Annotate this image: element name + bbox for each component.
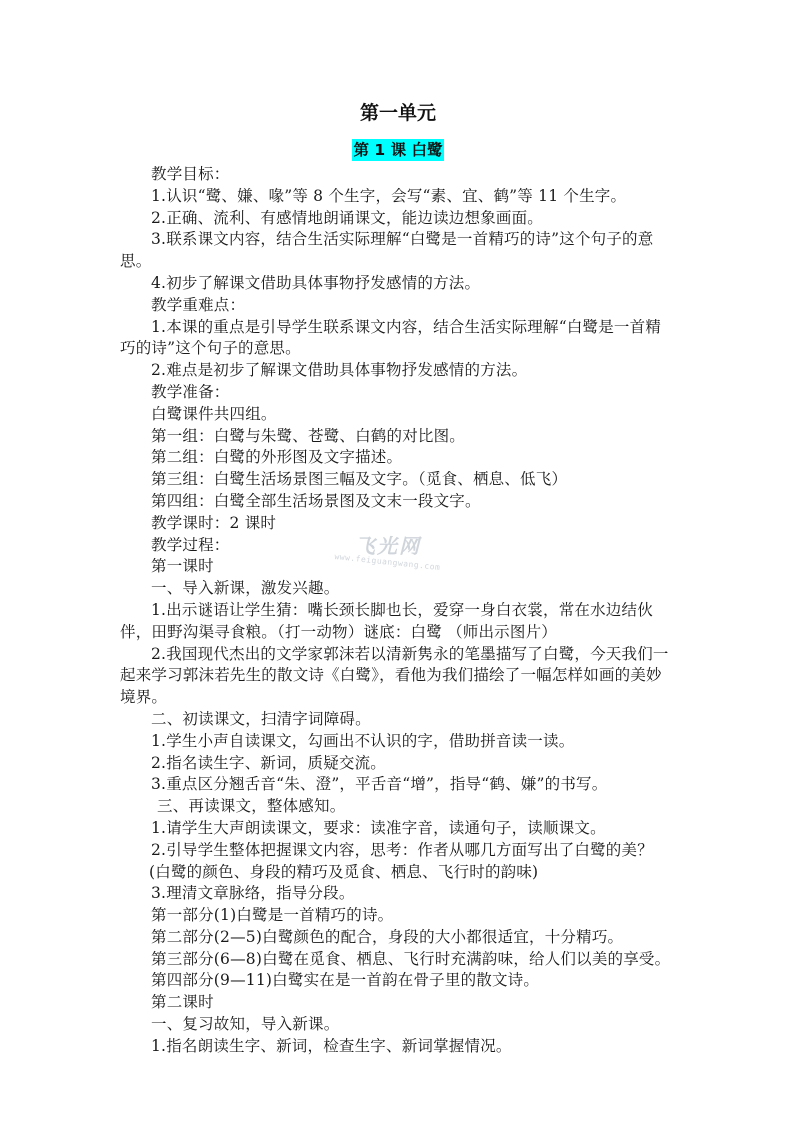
unit-title: 第一单元 (120, 100, 676, 126)
step-item: 2.指名读生字、新词，质疑交流。 (120, 753, 676, 775)
step-item: 2.我国现代杰出的文学家郭沫若以清新隽永的笔墨描写了白鹭，今天我们一起来学习郭沫… (120, 644, 676, 709)
step-item: 1.学生小声自读课文，勾画出不认识的字，借助拼音读一读。 (120, 731, 676, 753)
period-heading-first: 第一课时 (120, 556, 676, 578)
preparation-item: 白鹭课件共四组。 (120, 404, 676, 426)
objective-item: 4.初步了解课文借助具体事物抒发感情的方法。 (120, 273, 676, 295)
objective-item: 1.认识“鹭、嫌、喙”等 8 个生字，会写“素、宜、鹤”等 11 个生字。 (120, 186, 676, 208)
preparation-item: 第一组：白鹭与朱鹭、苍鹭、白鹤的对比图。 (120, 426, 676, 448)
step-item: 1.出示谜语让学生猜：嘴长颈长脚也长，爱穿一身白衣裳，常在水边结伙伴，田野沟渠寻… (120, 600, 676, 644)
text-part: 第二部分(2—5)白鹭颜色的配合，身段的大小都很适宜，十分精巧。 (120, 927, 676, 949)
objective-item: 2.正确、流利、有感情地朗诵课文，能边读边想象画面。 (120, 208, 676, 230)
key-point-item: 1.本课的重点是引导学生联系课文内容，结合生活实际理解“白鹭是一首精巧的诗”这个… (120, 317, 676, 361)
step-heading: 三、再读课文，整体感知。 (120, 796, 676, 818)
preparation-item: 第三组：白鹭生活场景图三幅及文字。（觅食、栖息、低飞） (120, 469, 676, 491)
section-heading-objectives: 教学目标： (120, 164, 676, 186)
step-item-answer: (白鹭的颜色、身段的精巧及觅食、栖息、飞行时的韵味) (120, 862, 676, 884)
objective-item: 3.联系课文内容，结合生活实际理解“白鹭是一首精巧的诗”这个句子的意思。 (120, 229, 676, 273)
text-part: 第四部分(9—11)白鹭实在是一首韵在骨子里的散文诗。 (120, 970, 676, 992)
step-item: 3.理清文章脉络，指导分段。 (120, 883, 676, 905)
step-heading: 二、初读课文，扫清字词障碍。 (120, 709, 676, 731)
section-heading-key-points: 教学重难点： (120, 295, 676, 317)
key-point-item: 2.难点是初步了解课文借助具体事物抒发感情的方法。 (120, 360, 676, 382)
step-item: 2.引导学生整体把握课文内容，思考：作者从哪几方面写出了白鹭的美？ (120, 840, 676, 862)
step-heading: 一、导入新课，激发兴趣。 (120, 578, 676, 600)
period-heading-second: 第二课时 (120, 992, 676, 1014)
section-heading-preparation: 教学准备： (120, 382, 676, 404)
step-item: 3.重点区分翘舌音“朱、澄”，平舌音“增”，指导“鹤、嫌”的书写。 (120, 774, 676, 796)
lesson-body: 教学目标： 1.认识“鹭、嫌、喙”等 8 个生字，会写“素、宜、鹤”等 11 个… (120, 164, 676, 1058)
preparation-item: 第四组：白鹭全部生活场景图及文末一段文字。 (120, 491, 676, 513)
section-heading-class-hours: 教学课时：2 课时 (120, 513, 676, 535)
step-heading: 一、复习故知，导入新课。 (120, 1014, 676, 1036)
lesson-title-wrap: 第 1 课 白鹭 (120, 138, 676, 162)
text-part: 第三部分(6—8)白鹭在觅食、栖息、飞行时充满韵味，给人们以美的享受。 (120, 949, 676, 971)
step-item: 1.指名朗读生字、新词，检查生字、新词掌握情况。 (120, 1036, 676, 1058)
lesson-title-highlighted: 第 1 课 白鹭 (352, 139, 445, 161)
preparation-item: 第二组：白鹭的外形图及文字描述。 (120, 447, 676, 469)
document-page: 第一单元 第 1 课 白鹭 教学目标： 1.认识“鹭、嫌、喙”等 8 个生字，会… (120, 100, 676, 1058)
step-item: 1.请学生大声朗读课文，要求：读准字音，读通句子，读顺课文。 (120, 818, 676, 840)
section-heading-process: 教学过程： (120, 535, 676, 557)
text-part: 第一部分(1)白鹭是一首精巧的诗。 (120, 905, 676, 927)
